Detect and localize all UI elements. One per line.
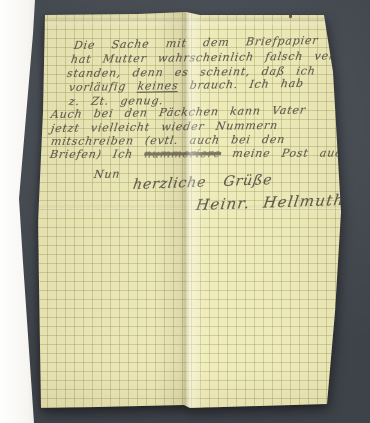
closing-intro: Nun <box>93 168 121 181</box>
pencil-speck <box>289 14 292 18</box>
closing-line: herzliche Grüße <box>132 174 273 192</box>
letter-sheet: Die Sache mit dem Briefpapier hat Mutter… <box>38 12 341 408</box>
underlined-word: keines <box>137 79 180 93</box>
handwriting-line-4: vorläufig keines brauch. Ich hab <box>68 77 305 94</box>
handwriting-line-9: Briefen) Ich nummeriere meine Post auch <box>49 146 351 161</box>
handwriting-line-2: hat Mutter wahrscheinlich falsch ver- <box>70 49 340 66</box>
letter-paper: Die Sache mit dem Briefpapier hat Mutter… <box>38 12 341 408</box>
signature: Heinr. Hellmuth <box>195 194 345 212</box>
line9-pre: Briefen) Ich <box>49 148 145 161</box>
handwriting-line-8: mitschreiben (evtl. auch bei den <box>50 133 286 148</box>
line4-pre: vorläufig <box>68 80 138 94</box>
strikethrough-word: nummeriere <box>143 147 222 160</box>
line4-post: brauch. Ich hab <box>177 77 304 92</box>
line9-post: meine Post auch <box>220 146 351 160</box>
